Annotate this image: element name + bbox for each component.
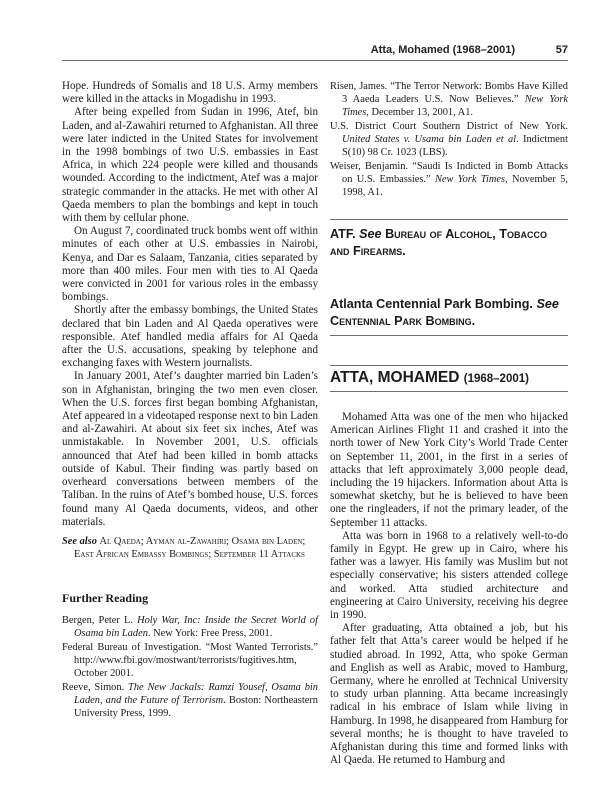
see-label: See: [359, 227, 381, 241]
reference-item: Risen, James. “The Terror Network: Bombs…: [330, 80, 568, 119]
reference-list-continued: Risen, James. “The Terror Network: Bombs…: [330, 80, 568, 199]
page-number: 57: [556, 44, 568, 56]
ref-text: U.S. District Court Southern District of…: [330, 121, 568, 132]
entry-rule: [330, 335, 568, 336]
left-column: Hope. Hundreds of Somalis and 18 U.S. Ar…: [62, 80, 318, 721]
ref-text: , December 13, 2001, A1.: [366, 107, 473, 118]
reference-item: Weiser, Benjamin. “Saudi Is Indicted in …: [330, 160, 568, 199]
ref-title: New York Times: [435, 174, 505, 185]
header-rule: [62, 60, 568, 61]
entry-term: Atlanta Centennial Park Bombing.: [330, 297, 533, 311]
ref-text: Reeve, Simon.: [62, 682, 128, 693]
ref-text: Bergen, Peter L.: [62, 615, 137, 626]
entry-term: ATF.: [330, 227, 356, 241]
entry-dates: (1968–2001): [464, 373, 529, 385]
reference-item: U.S. District Court Southern District of…: [330, 120, 568, 159]
entry-name: ATTA, MOHAMED: [330, 369, 459, 386]
entry-rule: [330, 391, 568, 392]
see-also-links[interactable]: Al Qaeda; Ayman al-Zawahiri; Osama bin L…: [74, 536, 305, 560]
running-head-title: Atta, Mohamed (1968–2001): [371, 44, 515, 56]
reference-item: Reeve, Simon. The New Jackals: Ramzi You…: [62, 681, 318, 720]
running-head: Atta, Mohamed (1968–2001) 57: [62, 44, 568, 58]
atlanta-entry-heading: Atlanta Centennial Park Bombing. See Cen…: [330, 296, 568, 330]
atta-entry-body: Mohamed Atta was one of the men who hija…: [330, 411, 568, 767]
ref-title: United States v. Usama bin Laden et al: [342, 134, 516, 145]
body-paragraph: After graduating, Atta obtained a job, b…: [330, 622, 568, 767]
further-reading-heading: Further Reading: [62, 591, 318, 605]
body-paragraph: In January 2001, Atef’s daughter married…: [62, 370, 318, 528]
ref-text: Federal Bureau of Investigation. “Most W…: [62, 642, 318, 679]
see-label: See: [536, 297, 558, 311]
body-paragraph: Atta was born in 1968 to a relatively we…: [330, 530, 568, 622]
body-paragraph: Shortly after the embassy bombings, the …: [62, 304, 318, 370]
right-column: Risen, James. “The Terror Network: Bombs…: [330, 80, 568, 767]
atf-entry-heading: ATF. See Bureau of Alcohol, Tobacco and …: [330, 226, 568, 260]
atta-entry-heading: ATTA, MOHAMED (1968–2001): [330, 368, 568, 389]
body-paragraph: Mohamed Atta was one of the men who hija…: [330, 411, 568, 530]
reference-item: Federal Bureau of Investigation. “Most W…: [62, 641, 318, 680]
body-paragraph: Hope. Hundreds of Somalis and 18 U.S. Ar…: [62, 80, 318, 106]
cross-reference-link[interactable]: Centennial Park Bombing.: [330, 314, 475, 328]
entry-rule: [330, 219, 568, 220]
see-also-lead: See also: [62, 536, 97, 547]
reference-item: Bergen, Peter L. Holy War, Inc: Inside t…: [62, 614, 318, 640]
entry-rule: [330, 365, 568, 366]
see-also: See also Al Qaeda; Ayman al-Zawahiri; Os…: [62, 535, 318, 561]
body-paragraph: After being expelled from Sudan in 1996,…: [62, 106, 318, 225]
further-reading-list: Bergen, Peter L. Holy War, Inc: Inside t…: [62, 614, 318, 720]
body-paragraph: On August 7, coordinated truck bombs wen…: [62, 225, 318, 304]
ref-text: . New York: Free Press, 2001.: [148, 628, 272, 639]
